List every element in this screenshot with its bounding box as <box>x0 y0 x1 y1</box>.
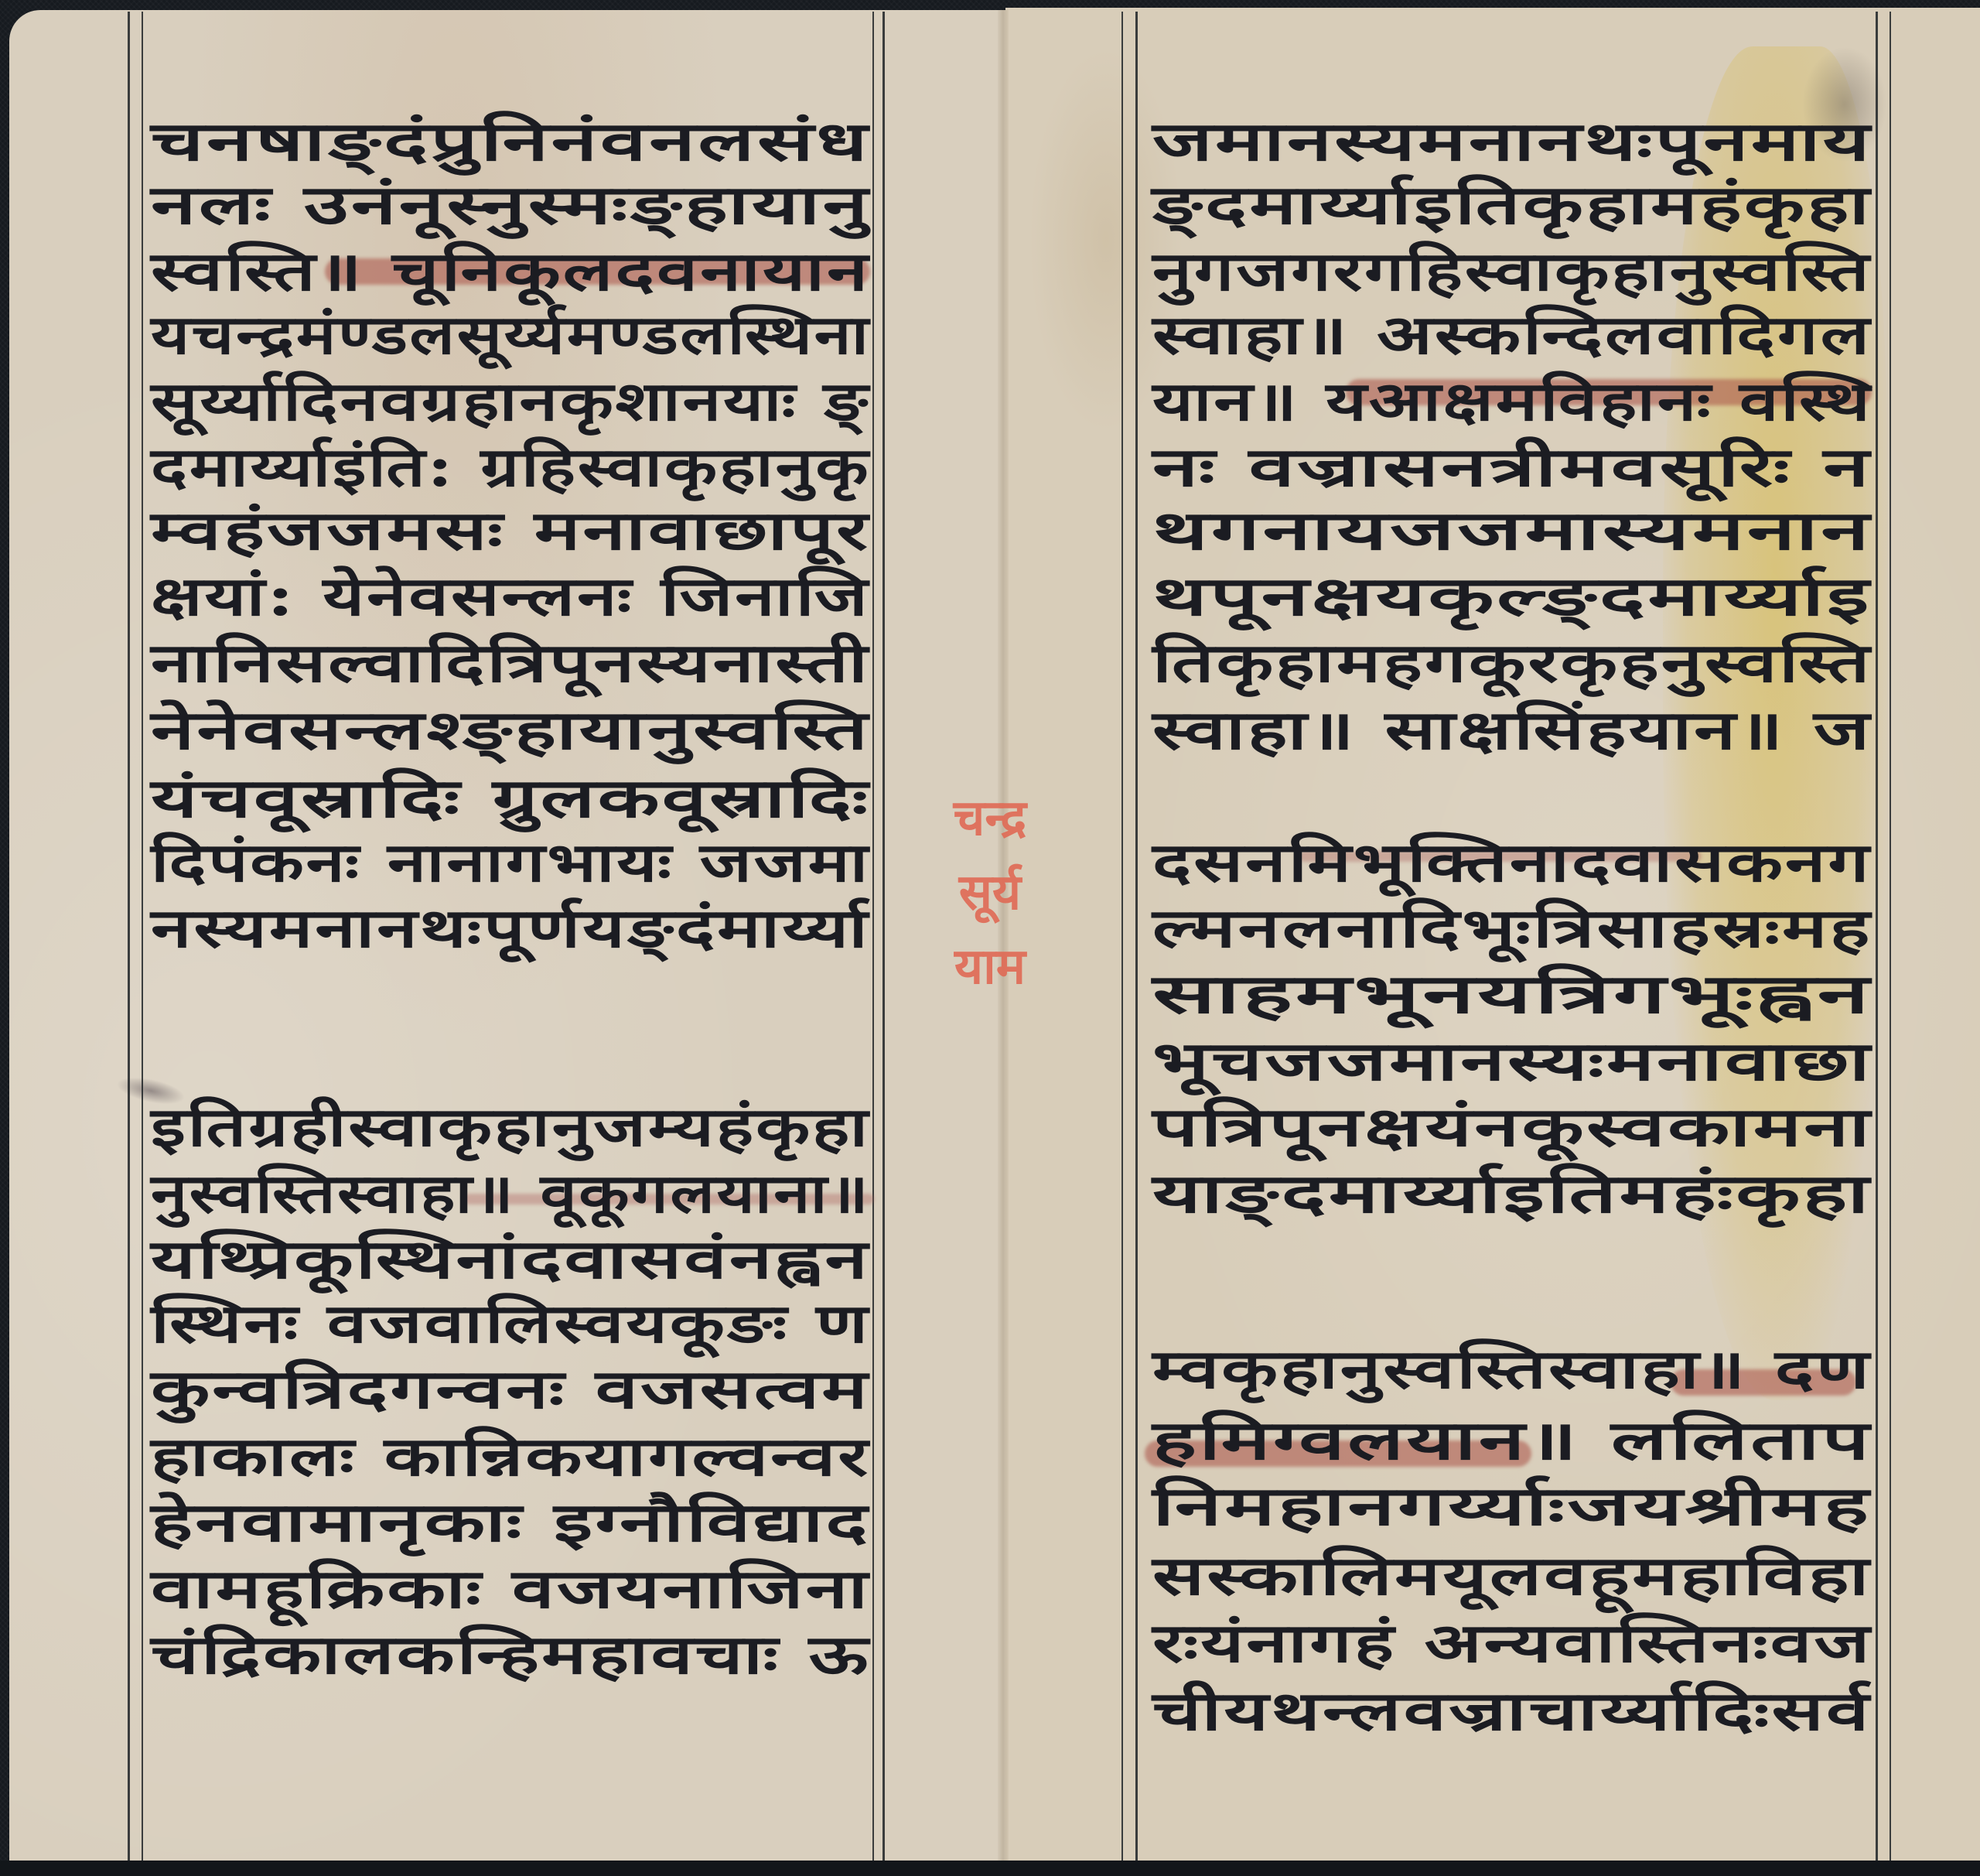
stamp-line: चन्द्र <box>897 781 1083 856</box>
text-line: नुस्वस्तिस्वाहा॥ वूकूगलयाना॥ <box>151 1161 870 1226</box>
text-line: जमानस्यमनानथःपूनमाय <box>1152 109 1872 174</box>
text-line: याङ्दमार्य्याइतिमहंःकृहा <box>1152 1161 1872 1226</box>
text-line: थगनायजजमास्यमनान <box>1152 498 1872 563</box>
text-line: स्थिनः वजवालिस्वयकूङः ण <box>151 1291 870 1356</box>
text-line: नलः उनंनूस्नुस्मःङ्हायानु <box>151 173 870 237</box>
text-line: ङ्दमार्य्याइतिकृहामहंकृहा <box>1152 173 1872 237</box>
text-line: नुगजगरगहिस्वाकृहानुस्वस्ति <box>1152 239 1871 304</box>
text-line: नस्यमनानथःपूर्णयङ्दंमार्य्या <box>151 896 870 961</box>
left-page-margin-rule-inner <box>142 12 143 1862</box>
text-line: चंद्रिकालकन्हिमहावचाः ऊ <box>151 1622 870 1687</box>
text-line: रःयंनागहं अन्यवास्तिनःवज <box>1152 1611 1872 1676</box>
text-line: हमिग्वलयान॥ ललिताप <box>1152 1408 1872 1473</box>
text-line: स्वस्ति॥ चूनिकूलदवनायान <box>151 239 870 304</box>
left-page-margin-rule-outer <box>128 12 130 1862</box>
text-line: यान॥ यआक्षमविहानः वस्थि <box>1152 369 1872 434</box>
text-line: यथ्प्रिकूस्थिनांदवासवंनह्वन <box>151 1227 870 1292</box>
right-page-left-rule-inner <box>1135 12 1138 1862</box>
stamp-line: याम <box>897 930 1083 1004</box>
text-line: तिकृहामहगकूरकृहनुस्वस्ति <box>1152 630 1872 695</box>
stamp-line: सूर्य <box>897 856 1083 930</box>
text-line: म्वकृहानुस्वस्तिस्वाहा॥ दण <box>1152 1337 1872 1402</box>
text-line: म्वहंजजमसः मनावाछापूर <box>151 498 870 563</box>
text-line: क्षयां: येनेवसन्लनः जिनाजि <box>151 564 869 629</box>
text-line: वामहूक्रिकाः वजयनाजिना <box>151 1556 870 1621</box>
text-line: चीयथन्लवज्राचार्य्यादिःसर्व <box>1152 1679 1871 1744</box>
text-line: हेनवामानृकाः इग्नौविद्याद <box>151 1490 870 1555</box>
text-line: ल्मनलनादिभूःत्रिसाहस्रःमह <box>1152 896 1872 961</box>
right-page-right-rule-inner <box>1876 12 1878 1862</box>
text-line: थपूनक्षयकृल्ङ्दमार्य्याइ <box>1152 564 1872 629</box>
text-line: नानिसल्वादित्रिपूनस्यनास्ती <box>151 630 870 695</box>
text-line: स्वाहा॥ अस्कन्दिलवादिगल <box>1152 302 1872 367</box>
text-line: दिपंकनः नानागभायः जजमा <box>151 830 870 895</box>
text-line: सूर्य्यादिनवग्रहानकृशानयाः ङ् <box>151 369 870 434</box>
text-line: यंचवूस्रादिः ग्रुलकवूस्रादिः <box>151 766 870 831</box>
text-line: साहमभूनयत्रिगभूःह्वन <box>1152 962 1872 1027</box>
text-line: भूचजजमानस्यःमनावाछा <box>1152 1029 1872 1094</box>
text-line: सस्कालिमयूलवहूमहाविहा <box>1152 1543 1871 1608</box>
text-line: इतिग्रहीस्वाकृहानुजम्यहंकृहा <box>151 1095 870 1160</box>
text-line: नेनेवसन्लश्ङ्हायानुस्वस्ति <box>151 698 870 763</box>
text-line: पत्रिपूनक्षयंनकूस्वकामना <box>1152 1095 1872 1160</box>
red-stamp: चन्द्र सूर्य याम <box>897 781 1083 1013</box>
text-line: हाकालः कान्निकयागल्वन्वर <box>151 1424 870 1489</box>
background-cloth-bottom <box>0 1861 1980 1876</box>
text-line: स्वाहा॥ साक्षसिंहयान॥ ज <box>1152 698 1872 763</box>
right-page-left-rule-outer <box>1121 12 1123 1862</box>
right-page-right-rule-outer <box>1890 12 1891 1862</box>
text-line: नः वज्रासनत्रीमवसूरिः न <box>1152 435 1872 500</box>
text-line: दमार्य्याइंति: ग्रहिस्वाकृहानुकृ <box>151 435 870 500</box>
text-line: कुन्वत्रिदगन्वनः वजसत्वम <box>151 1357 870 1422</box>
left-page-right-rule-outer <box>882 12 885 1862</box>
text-line: निमहानगर्य्याःजयश्रीमह <box>1152 1474 1871 1539</box>
text-line: चनषाङ्दंप्रुनिनंवनलसंध <box>151 109 870 174</box>
text-line: दसनमिभूक्तिनादवासकनग <box>1152 830 1872 895</box>
left-page-right-rule-inner <box>872 12 874 1862</box>
text-line: यचन्द्रमंण्डलसूर्य्यमण्डलस्थिना <box>151 302 871 367</box>
